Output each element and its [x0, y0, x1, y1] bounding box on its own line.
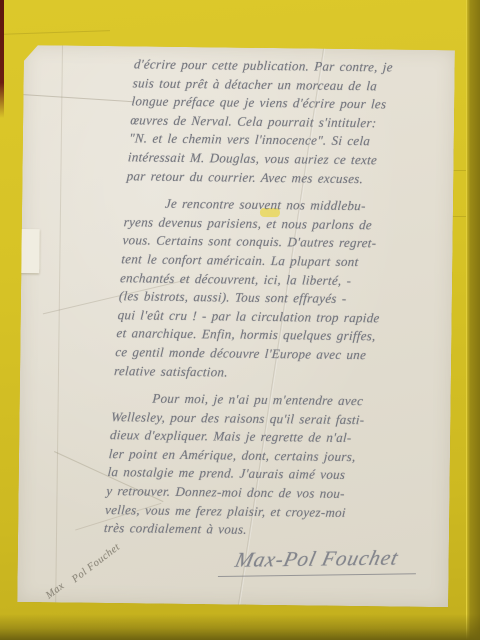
- letter-line: très cordialement à vous.: [103, 519, 426, 542]
- corner-note-line: Max: [44, 580, 67, 601]
- tape-piece: [15, 229, 40, 273]
- background-bottom-shadow: [0, 614, 480, 640]
- signature: Max-Pol Fouchet: [218, 545, 416, 577]
- letter-paper: d'écrire pour cette publication. Par con…: [17, 45, 455, 607]
- paper-crease: [55, 45, 63, 602]
- paper-crease: [23, 94, 133, 102]
- letter-body: d'écrire pour cette publication. Par con…: [103, 55, 456, 541]
- background-right-edge: [466, 0, 480, 640]
- corner-note: Pol Fouchet Max: [24, 45, 455, 50]
- signature-text: Max-Pol Fouchet: [232, 545, 400, 572]
- letter-paragraph: d'écrire pour cette publication. Par con…: [126, 55, 456, 189]
- letter-line: par retour du courrier. Avec mes excuses…: [126, 167, 449, 190]
- photo-background: d'écrire pour cette publication. Par con…: [0, 0, 480, 640]
- background-crease: [0, 30, 110, 35]
- background-left-sliver: [0, 0, 4, 118]
- letter-paragraph: Je rencontre souvent nos middlebu-ryens …: [114, 194, 448, 384]
- letter-line: relative satisfaction.: [114, 362, 437, 385]
- letter-paragraph: Pour moi, je n'ai pu m'entendre avecWell…: [103, 389, 435, 542]
- corner-note-line: Pol Fouchet: [70, 542, 122, 585]
